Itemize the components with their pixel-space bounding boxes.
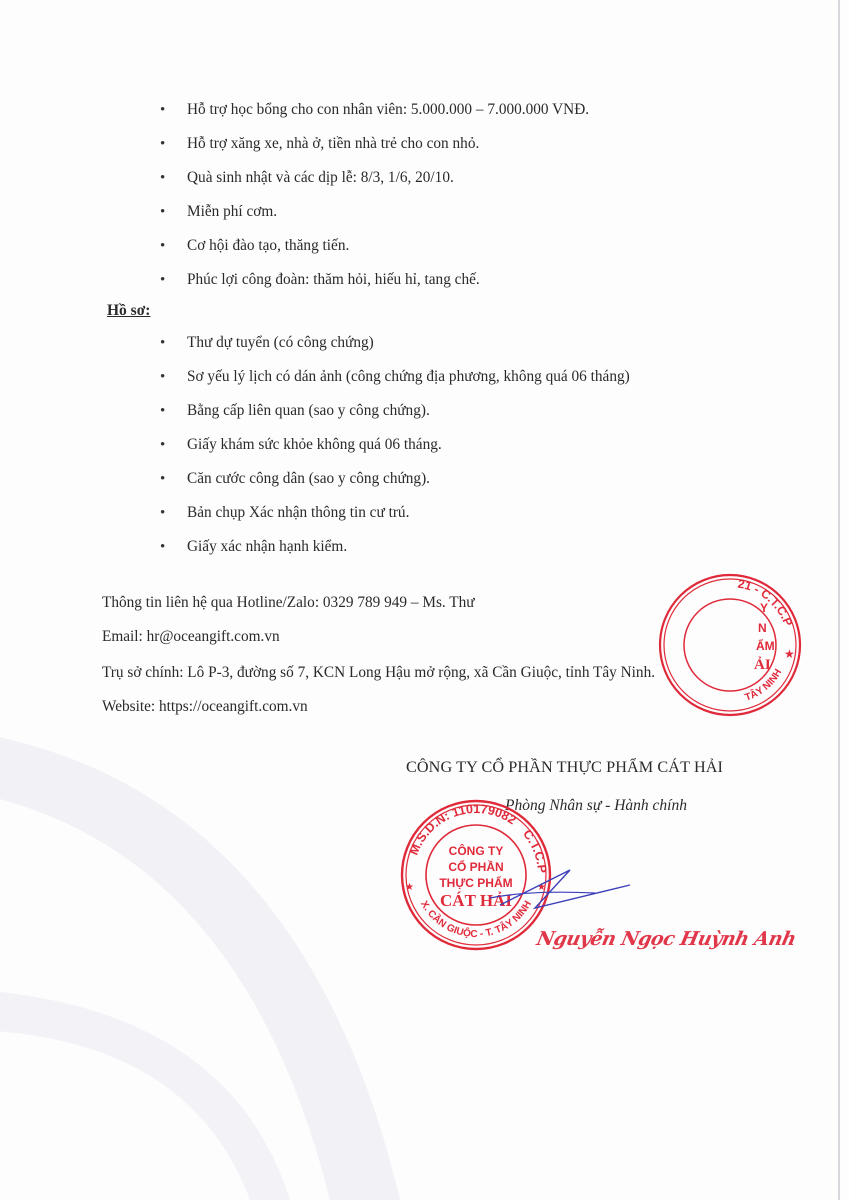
bullet-icon: • [160, 360, 165, 394]
list-item: •Phúc lợi công đoàn: thăm hỏi, hiếu hỉ, … [0, 263, 589, 297]
bullet-icon: • [160, 530, 165, 564]
list-item: •Sơ yếu lý lịch có dán ảnh (công chứng đ… [0, 360, 630, 394]
list-item: •Căn cước công dân (sao y công chứng). [0, 462, 630, 496]
documents-heading: Hồ sơ: [107, 296, 150, 326]
svg-text:N: N [758, 621, 767, 635]
signer-name: Nguyễn Ngọc Huỳnh Anh [535, 928, 798, 950]
contact-email[interactable]: Email: hr@oceangift.com.vn [102, 620, 280, 654]
svg-text:Y: Y [760, 601, 768, 615]
edge-mask [820, 560, 838, 730]
bullet-icon: • [160, 127, 165, 161]
svg-text:ẨM: ẨM [756, 638, 775, 653]
list-item: •Cơ hội đào tạo, thăng tiến. [0, 229, 589, 263]
bullet-icon: • [160, 394, 165, 428]
bullet-icon: • [160, 496, 165, 530]
bullet-icon: • [160, 195, 165, 229]
bullet-icon: • [160, 93, 165, 127]
bullet-icon: • [160, 263, 165, 297]
contact-hotline: Thông tin liên hệ qua Hotline/Zalo: 0329… [102, 586, 475, 620]
contact-address: Trụ sở chính: Lô P-3, đường số 7, KCN Lo… [102, 656, 655, 690]
list-item: •Hỗ trợ xăng xe, nhà ở, tiền nhà trẻ cho… [0, 127, 589, 161]
list-item: •Bản chụp Xác nhận thông tin cư trú. [0, 496, 630, 530]
svg-text:ẢI: ẢI [754, 656, 771, 673]
bullet-icon: • [160, 326, 165, 360]
page-edge-line [838, 0, 840, 1200]
bullet-icon: • [160, 161, 165, 195]
edge-stamp-seal: 21 - C.T.C.P TÂY NINH ★ Y N ẨM ẢI [650, 570, 820, 720]
company-name: CÔNG TY CỔ PHẦN THỰC PHẨM CÁT HẢI [406, 758, 723, 777]
list-item: •Thư dự tuyển (có công chứng) [0, 326, 630, 360]
list-item: •Giấy xác nhận hạnh kiểm. [0, 530, 630, 564]
bullet-icon: • [160, 462, 165, 496]
list-item: •Hỗ trợ học bổng cho con nhân viên: 5.00… [0, 93, 589, 127]
list-item: •Giấy khám sức khỏe không quá 06 tháng. [0, 428, 630, 462]
contact-website[interactable]: Website: https://oceangift.com.vn [102, 690, 308, 724]
documents-list: •Thư dự tuyển (có công chứng) •Sơ yếu lý… [0, 326, 630, 564]
svg-text:★: ★ [784, 647, 795, 661]
list-item: •Miễn phí cơm. [0, 195, 589, 229]
benefits-list: •Hỗ trợ học bổng cho con nhân viên: 5.00… [0, 93, 589, 297]
svg-text:★: ★ [405, 882, 414, 893]
list-item: •Quà sinh nhật và các dịp lễ: 8/3, 1/6, … [0, 161, 589, 195]
bullet-icon: • [160, 428, 165, 462]
handwritten-signature [470, 860, 640, 920]
svg-text:CÔNG TY: CÔNG TY [449, 843, 504, 858]
list-item: •Bằng cấp liên quan (sao y công chứng). [0, 394, 630, 428]
bullet-icon: • [160, 229, 165, 263]
